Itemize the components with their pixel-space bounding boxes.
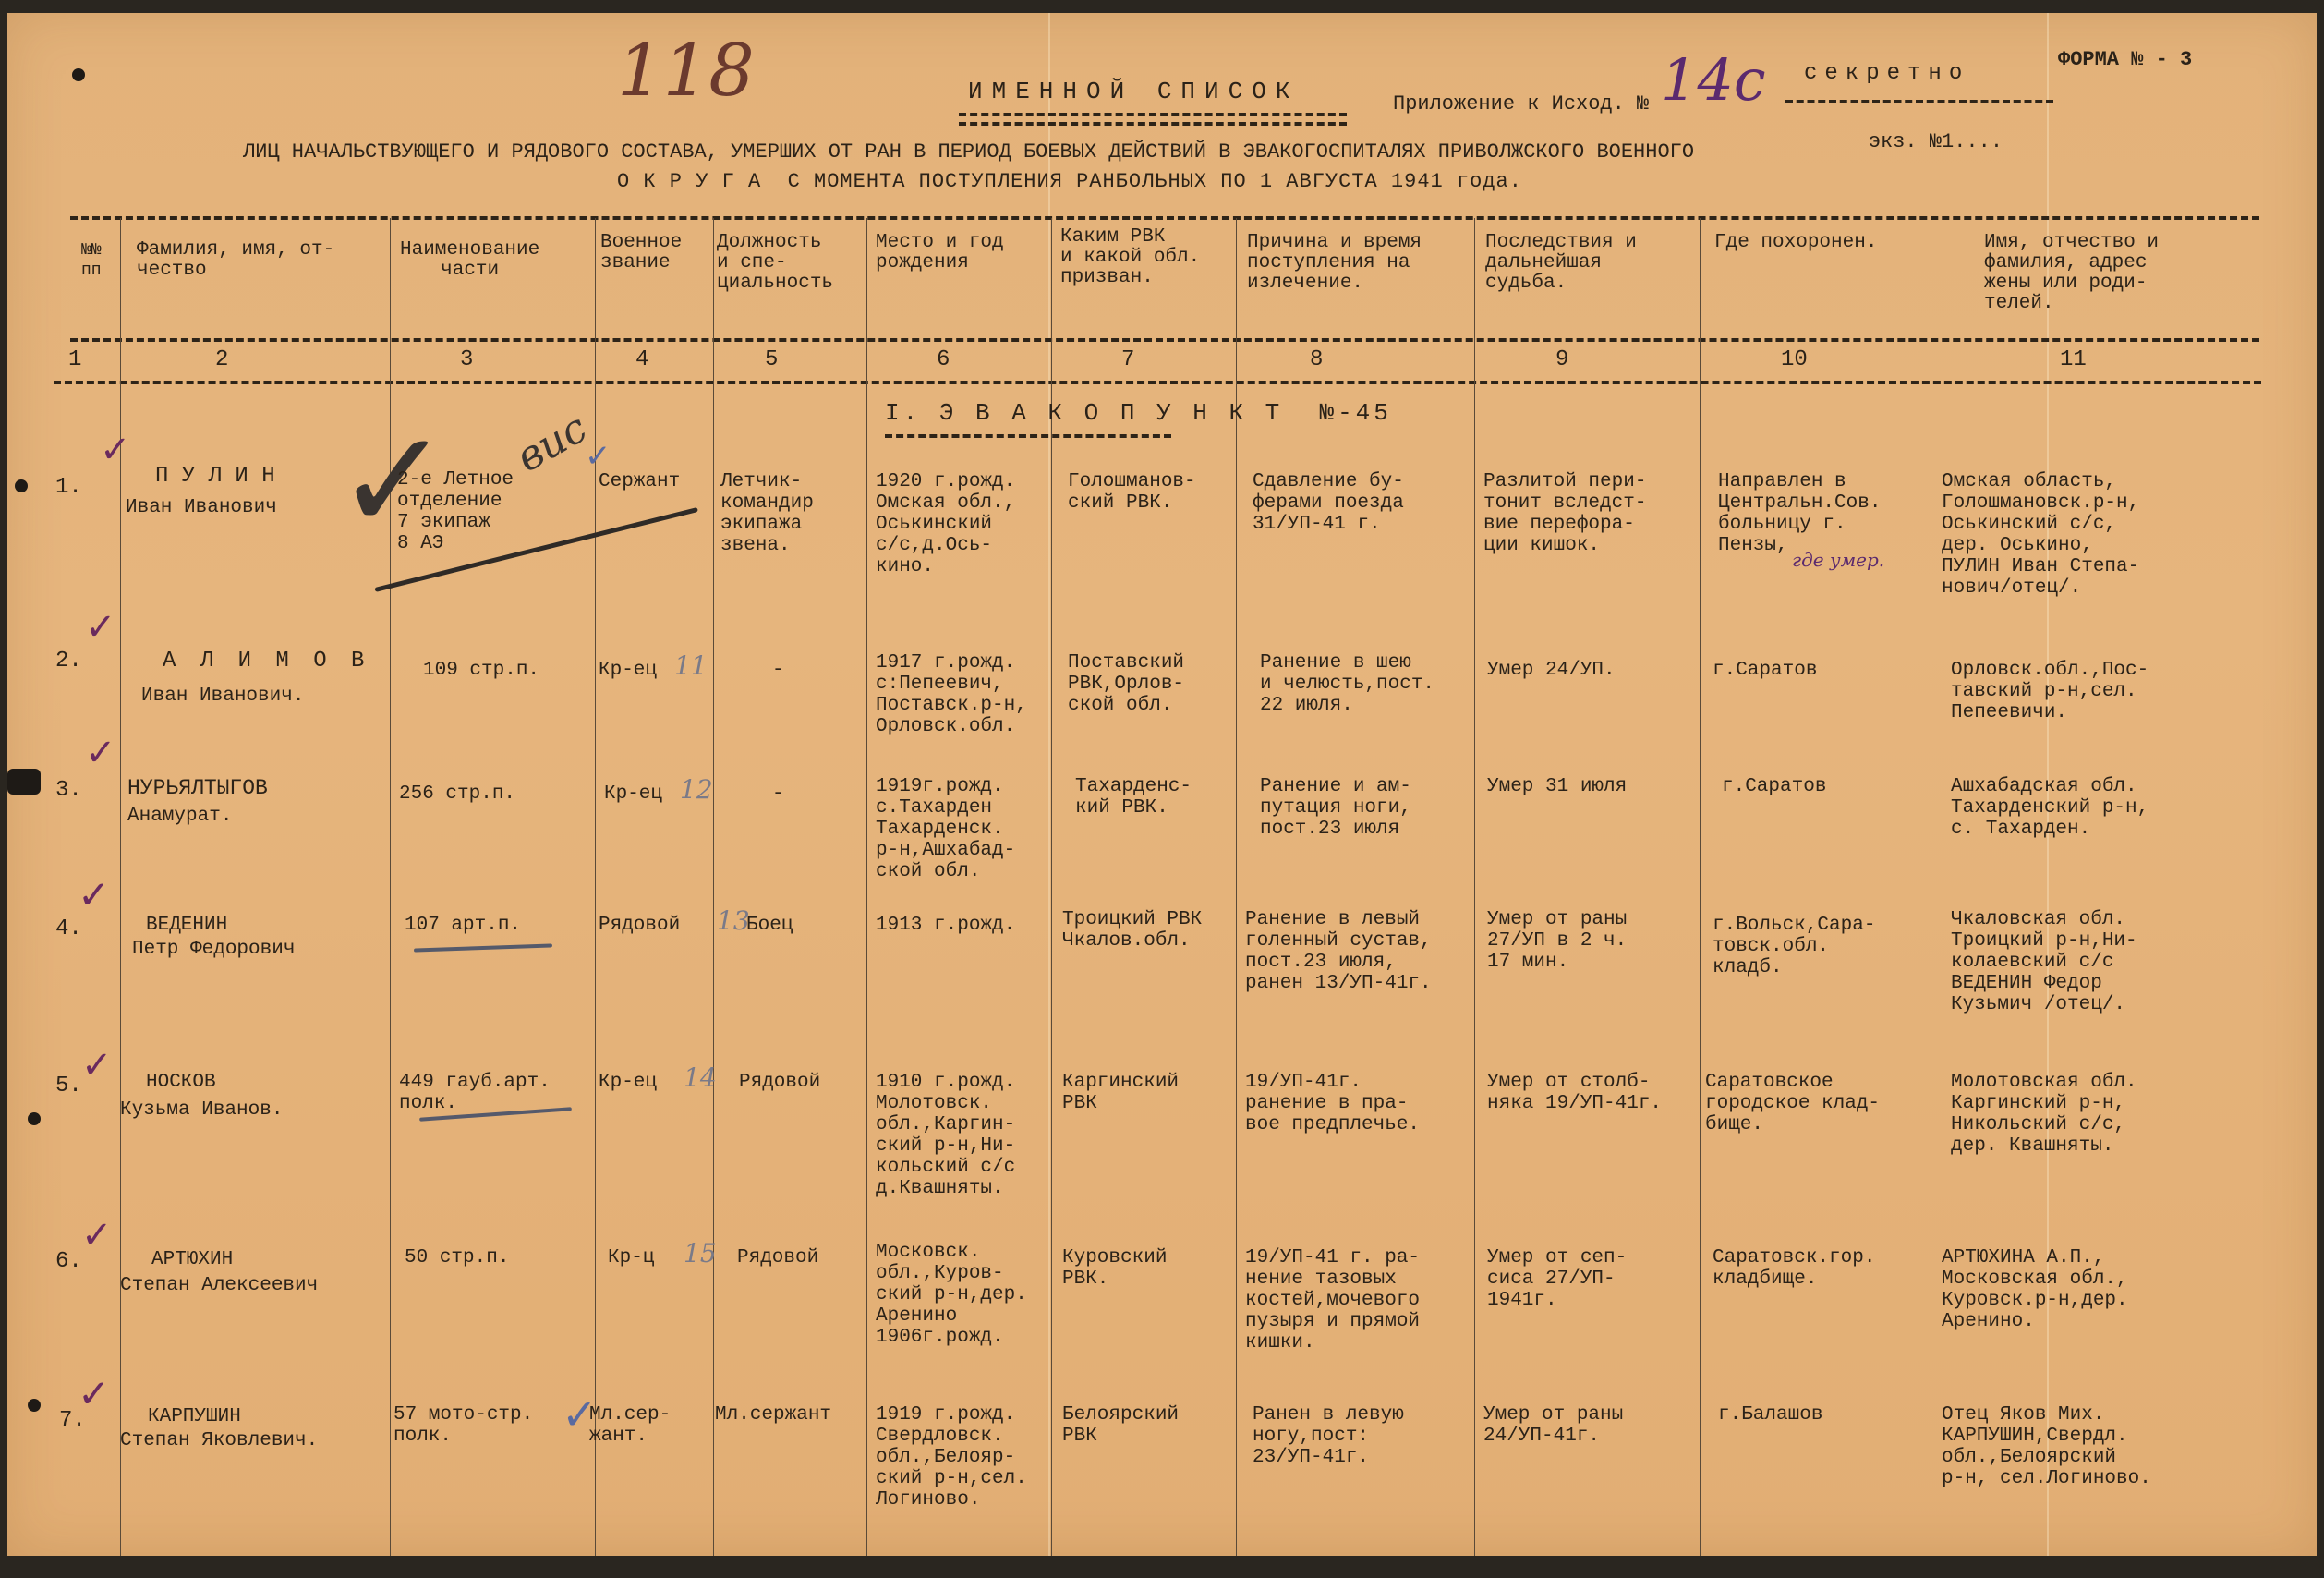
position: - (772, 660, 784, 681)
birth-place-year: 1910 г.рожд. Молотовск. обл.,Каргин- ски… (876, 1072, 1015, 1199)
row-number: 4. (55, 918, 82, 940)
pencil-note: 15 (684, 1238, 717, 1268)
draft-office: Тахарденс- кий РВК. (1075, 776, 1192, 819)
given-name: Петр Федорович (132, 939, 295, 960)
punch-hole (15, 479, 28, 492)
col-header-10: Где похоронен. (1714, 233, 1877, 253)
col-header-3: Наименование части (400, 240, 539, 281)
checkmark-icon: ✓ (85, 732, 116, 774)
relatives-address: Чкаловская обл. Троицкий р-н,Ни- колаевс… (1951, 909, 2137, 1015)
burial-place: Саратовское городское клад- бище. (1705, 1072, 1880, 1135)
position: - (772, 783, 784, 805)
checkmark-icon: ✓ (81, 1044, 113, 1086)
relatives-address: Отец Яков Мих. КАРПУШИН,Свердл. обл.,Бел… (1942, 1404, 2151, 1489)
col-header-6: Место и год рождения (876, 233, 1004, 273)
surname: НУРЬЯЛТЫГОВ (127, 778, 268, 799)
given-name: Иван Иванович. (141, 686, 304, 707)
row-number: 2. (55, 650, 82, 672)
column-divider (1931, 218, 1931, 1556)
position: Боец (746, 915, 793, 936)
unit: 449 гауб.арт. полк. (399, 1072, 551, 1114)
birth-place-year: 1913 г.рожд. (876, 915, 1015, 936)
given-name: Анамурат. (127, 806, 232, 827)
col-num-2: 2 (215, 347, 228, 372)
checkmark-icon: ✓ (585, 438, 611, 475)
birth-place-year: 1919 г.рожд. Свердловск. обл.,Белояр- ск… (876, 1404, 1027, 1511)
col-num-1: 1 (68, 347, 81, 372)
punch-hole (28, 1399, 41, 1412)
unit: 57 мото-стр. полк. (393, 1404, 533, 1447)
position: Мл.сержант (715, 1404, 831, 1426)
outcome: Умер от раны 24/УП-41г. (1483, 1404, 1623, 1447)
cause-admission: 19/УП-41 г. ра- нение тазовых костей,моч… (1245, 1247, 1420, 1353)
cause-admission: Ранение в левый голенный сустав, пост.23… (1245, 909, 1432, 994)
unit: 50 стр.п. (405, 1247, 509, 1268)
col-header-5: Должность и спе- циальность (717, 233, 833, 294)
section-underline (885, 434, 1171, 438)
outcome: Умер 31 июля (1487, 776, 1627, 797)
birth-place-year: 1919г.рожд. с.Тахарден Тахарденск. р-н,А… (876, 776, 1015, 882)
relatives-address: АРТЮХИНА А.П., Московская обл., Куровск.… (1942, 1247, 2128, 1332)
checkmark-icon: ✓ (100, 429, 131, 471)
row-number: 3. (55, 780, 82, 801)
row-number: 6. (55, 1251, 82, 1272)
copy-number: 1.... (1942, 130, 2003, 153)
rank: Кр-ец (599, 1072, 657, 1093)
torn-edge (7, 769, 41, 795)
copy-number-field: экз. №1.... (1820, 107, 2003, 176)
column-divider (1474, 218, 1475, 1556)
col-num-11: 11 (2060, 347, 2087, 372)
given-name: Степан Яковлевич. (120, 1430, 318, 1451)
burial-place: Саратовск.гор. кладбище. (1713, 1247, 1875, 1290)
draft-office: Поставский РВК,Орлов- ской обл. (1068, 652, 1184, 716)
title-underline (959, 122, 1347, 126)
col-header-11: Имя, отчество и фамилия, адрес жены или … (1984, 233, 2159, 314)
classification-underline (1785, 100, 2053, 103)
outcome: Умер от сеп- сиса 27/УП- 1941г. (1487, 1247, 1627, 1311)
col-header-9: Последствия и дальнейшая судьба. (1485, 233, 1637, 294)
archive-sheet-number: 118 (617, 30, 755, 113)
col-num-8: 8 (1310, 347, 1323, 372)
unit: 107 арт.п. (405, 915, 521, 936)
col-header-8: Причина и время поступления на излечение… (1247, 233, 1422, 294)
birth-place-year: Московск. обл.,Куров- ский р-н,дер. Арен… (876, 1242, 1027, 1348)
col-header-1: №№ пп (81, 240, 102, 281)
column-divider (120, 218, 121, 1556)
burial-place: г.Вольск,Сара- товск.обл. кладб. (1713, 915, 1875, 978)
subtitle-line-2: О К Р У Г А С МОМЕНТА ПОСТУПЛЕНИЯ РАНБОЛ… (617, 170, 1522, 193)
pencil-underline (414, 943, 552, 952)
surname: П У Л И Н (155, 466, 275, 487)
unit: 109 стр.п. (423, 660, 539, 681)
checkmark-icon: ✓ (85, 606, 116, 649)
pencil-note: 14 (684, 1062, 717, 1093)
outcome: Разлитой пери- тонит вследст- вие перефо… (1483, 471, 1646, 556)
relatives-address: Омская область, Голошмановск.р-н, Оськин… (1942, 471, 2139, 599)
burial-place: г.Саратов (1713, 660, 1817, 681)
form-label: ФОРМА № - 3 (2058, 48, 2192, 71)
pencil-note: 12 (680, 774, 713, 805)
cause-admission: 19/УП-41г. ранение в пра- вое предплечье… (1245, 1072, 1420, 1135)
draft-office: Белоярский РВК (1062, 1404, 1179, 1447)
col-num-10: 10 (1781, 347, 1808, 372)
column-divider (1700, 218, 1701, 1556)
unit: 256 стр.п. (399, 783, 515, 805)
punch-hole (28, 1112, 41, 1125)
position: Рядовой (739, 1072, 820, 1093)
given-name: Иван Иванович (126, 497, 277, 518)
burial-place: г.Балашов (1718, 1404, 1822, 1426)
surname: АРТЮХИН (151, 1249, 233, 1270)
pencil-note: 11 (674, 650, 708, 681)
title-underline (959, 113, 1347, 116)
checkmark-icon: ✓ (78, 872, 110, 917)
handwritten-annotation: вис (509, 405, 596, 481)
paper-fold (1048, 13, 1050, 1556)
document-sheet: 118 ИМЕННОЙ СПИСОК Приложение к Исход. №… (7, 13, 2317, 1556)
outcome: Умер от раны 27/УП в 2 ч. 17 мин. (1487, 909, 1627, 973)
outcome: Умер 24/УП. (1487, 660, 1616, 681)
row-number: 7. (59, 1410, 86, 1431)
cause-admission: Ранение в шею и челюсть,пост. 22 июля. (1260, 652, 1434, 716)
given-name: Кузьма Иванов. (120, 1099, 283, 1121)
birth-place-year: 1920 г.рожд. Омская обл., Оськинский с/с… (876, 471, 1015, 577)
surname: НОСКОВ (146, 1072, 216, 1093)
draft-office: Куровский РВК. (1062, 1247, 1167, 1290)
rank: Мл.сер- жант. (589, 1404, 671, 1447)
unit: 2-е Летное отделение 7 экипаж 8 АЭ (397, 469, 514, 554)
row-number: 5. (55, 1075, 82, 1097)
burial-place: Направлен в Центральн.Сов. больницу г. П… (1718, 471, 1881, 556)
column-divider (713, 218, 714, 1556)
burial-place: г.Саратов (1722, 776, 1826, 797)
col-num-4: 4 (635, 347, 648, 372)
document-title: ИМЕННОЙ СПИСОК (968, 78, 1299, 105)
row-number: 1. (55, 477, 82, 498)
cause-admission: Ранение и ам- путация ноги, пост.23 июля (1260, 776, 1411, 840)
cause-admission: Ранен в левую ногу,пост: 23/УП-41г. (1253, 1404, 1404, 1468)
surname: А Л И М О В (163, 650, 369, 672)
relatives-address: Ашхабадская обл. Тахарденский р-н, с. Та… (1951, 776, 2148, 840)
cause-admission: Сдавление бу- ферами поезда 31/УП-41 г. (1253, 471, 1404, 535)
rank: Кр-ец (599, 660, 657, 681)
handwritten-burial-note: где умер. (1792, 549, 1884, 571)
section-title: I. Э В А К О П У Н К Т №-45 (885, 399, 1392, 427)
draft-office: Каргинский РВК (1062, 1072, 1179, 1114)
classification-stamp: секретно (1804, 61, 1969, 86)
col-num-9: 9 (1555, 347, 1568, 372)
copy-label: экз. № (1869, 130, 1942, 153)
column-divider (866, 218, 867, 1556)
col-header-7: Каким РВК и какой обл. призван. (1060, 227, 1200, 288)
col-num-6: 6 (937, 347, 950, 372)
column-divider (595, 218, 596, 1556)
subtitle-line-1: ЛИЦ НАЧАЛЬСТВУЮЩЕГО И РЯДОВОГО СОСТАВА, … (243, 140, 1694, 164)
position: Рядовой (737, 1247, 818, 1268)
rank: Кр-ец (604, 783, 662, 805)
position: Летчик- командир экипажа звена. (720, 471, 814, 556)
rank: Рядовой (599, 915, 680, 936)
checkmark-icon: ✓ (81, 1214, 113, 1256)
outcome: Умер от столб- няка 19/УП-41г. (1487, 1072, 1662, 1114)
given-name: Степан Алексеевич (120, 1275, 318, 1296)
col-num-5: 5 (765, 347, 778, 372)
col-header-2: Фамилия, имя, от- чество (137, 240, 334, 281)
pencil-note: 13 (717, 905, 750, 936)
relatives-address: Молотовская обл. Каргинский р-н, Никольс… (1951, 1072, 2137, 1157)
punch-hole (72, 68, 85, 81)
col-num-7: 7 (1121, 347, 1134, 372)
attachment-label: Приложение к Исход. № (1393, 92, 1649, 115)
draft-office: Голошманов- ский РВК. (1068, 471, 1196, 514)
surname: КАРПУШИН (148, 1406, 241, 1427)
surname: ВЕДЕНИН (146, 915, 227, 936)
birth-place-year: 1917 г.рожд. с:Пепеевич, Поставск.р-н, О… (876, 652, 1027, 737)
relatives-address: Орловск.обл.,Пос- тавский р-н,сел. Пепее… (1951, 660, 2148, 723)
rank: Сержант (599, 471, 680, 492)
col-header-4: Военное звание (600, 233, 682, 273)
col-num-3: 3 (460, 347, 473, 372)
rank: Кр-ц (608, 1247, 654, 1268)
attachment-number: 14с (1661, 46, 1766, 114)
draft-office: Троицкий РВК Чкалов.обл. (1062, 909, 1202, 952)
